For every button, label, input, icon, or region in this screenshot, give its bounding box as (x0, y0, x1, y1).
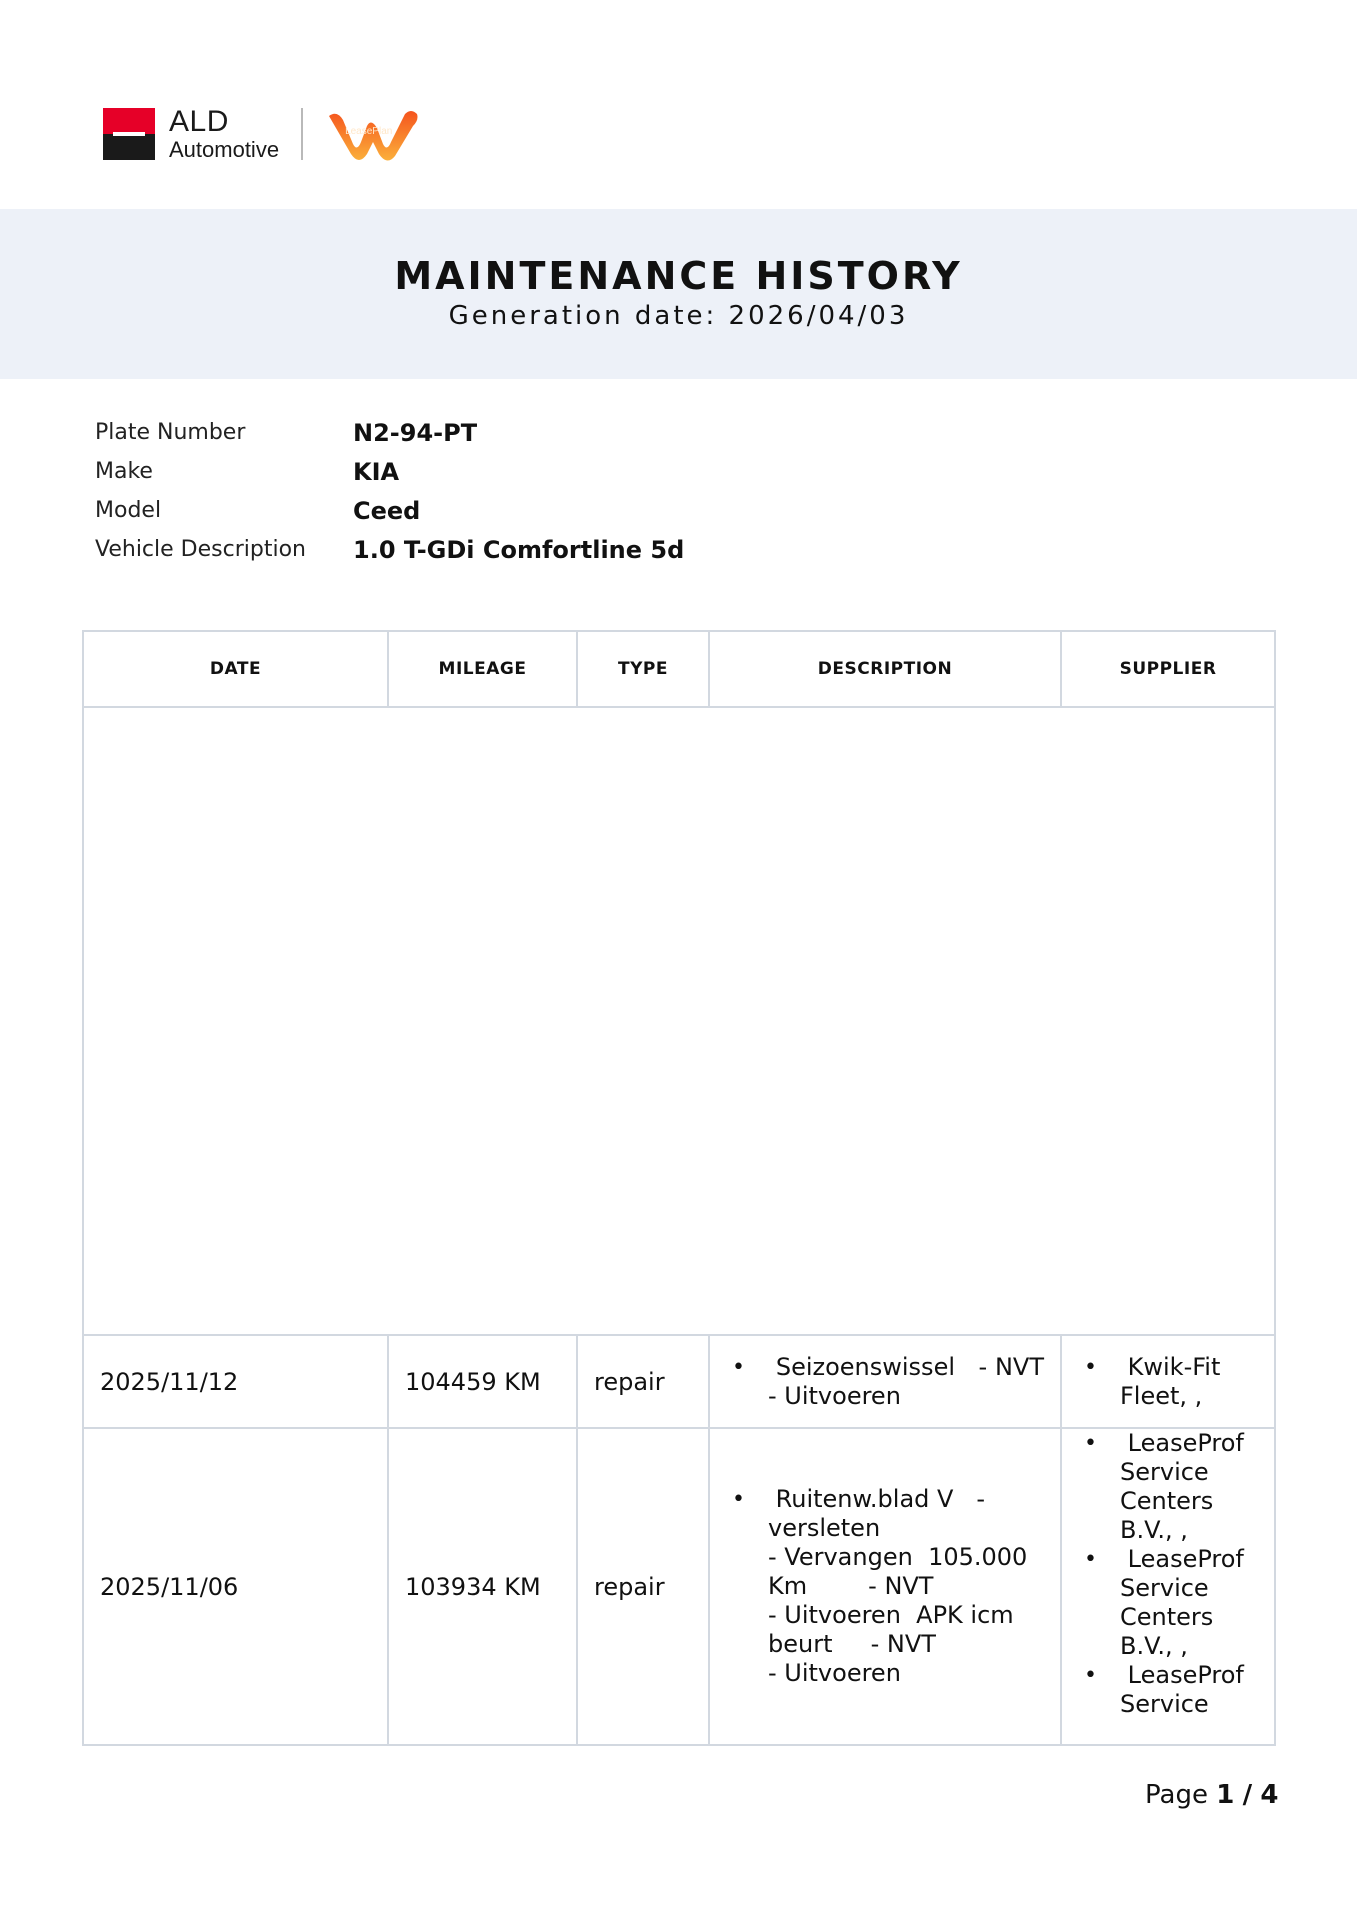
cell-supplier: LeaseProf Service Centers B.V., , LeaseP… (1061, 1428, 1275, 1745)
table-spacer-row (83, 707, 1275, 1335)
cell-mileage: 104459 KM (388, 1335, 577, 1428)
page-separator: / (1243, 1780, 1253, 1810)
cell-supplier: Kwik-Fit Fleet, , (1061, 1335, 1275, 1428)
supplier-clip: LeaseProf Service Centers B.V., , LeaseP… (1078, 1429, 1258, 1740)
info-value: Ceed (353, 497, 420, 525)
page-total: 4 (1260, 1780, 1278, 1810)
info-label: Plate Number (95, 420, 245, 445)
supplier-item: LeaseProf Service (1120, 1661, 1258, 1719)
info-label: Model (95, 498, 161, 523)
supplier-list: LeaseProf Service Centers B.V., , LeaseP… (1078, 1429, 1258, 1719)
info-value: 1.0 T-GDi Comfortline 5d (353, 536, 684, 564)
logo-divider (301, 108, 303, 160)
cell-date: 2025/11/12 (83, 1335, 388, 1428)
supplier-item: LeaseProf Service Centers B.V., , (1120, 1545, 1258, 1661)
description-list: Seizoenswissel - NVT - Uitvoeren (726, 1353, 1044, 1411)
ald-wordmark-line2: Automotive (169, 139, 279, 161)
column-header-mileage: MILEAGE (388, 631, 577, 707)
column-header-date: DATE (83, 631, 388, 707)
generation-date: Generation date: 2026/04/03 (0, 301, 1357, 331)
column-header-supplier: SUPPLIER (1061, 631, 1275, 707)
column-header-description: DESCRIPTION (709, 631, 1061, 707)
logo-area: ALD Automotive LeasePlan (103, 104, 423, 164)
info-value: KIA (353, 458, 399, 486)
supplier-item: LeaseProf Service Centers B.V., , (1120, 1429, 1258, 1545)
info-value: N2-94-PT (353, 419, 477, 447)
description-item: Seizoenswissel - NVT - Uitvoeren (768, 1353, 1044, 1411)
table-header-row: DATE MILEAGE TYPE DESCRIPTION SUPPLIER (83, 631, 1275, 707)
leaseplan-label: LeasePlan (345, 126, 392, 137)
column-header-type: TYPE (577, 631, 709, 707)
table-row: 2025/11/12 104459 KM repair Seizoenswiss… (83, 1335, 1275, 1428)
leaseplan-logo-icon: LeasePlan (323, 104, 423, 164)
page-number: Page 1 / 4 (1145, 1780, 1278, 1810)
page-prefix: Page (1145, 1780, 1208, 1810)
cell-description: Ruitenw.blad V - versleten - Vervangen 1… (709, 1428, 1061, 1745)
cell-type: repair (577, 1428, 709, 1745)
cell-type: repair (577, 1335, 709, 1428)
supplier-item: Kwik-Fit Fleet, , (1120, 1353, 1258, 1411)
page-current: 1 (1216, 1780, 1234, 1810)
cell-description: Seizoenswissel - NVT - Uitvoeren (709, 1335, 1061, 1428)
cell-date: 2025/11/06 (83, 1428, 388, 1745)
ald-wordmark: ALD Automotive (169, 107, 279, 161)
maintenance-table-wrap: DATE MILEAGE TYPE DESCRIPTION SUPPLIER 2… (82, 630, 1276, 1746)
cell-mileage: 103934 KM (388, 1428, 577, 1745)
table-row: 2025/11/06 103934 KM repair Ruitenw.blad… (83, 1428, 1275, 1745)
page-title: MAINTENANCE HISTORY (0, 254, 1357, 298)
ald-logo-icon (103, 108, 155, 160)
empty-cell (83, 707, 1275, 1335)
title-band: MAINTENANCE HISTORY Generation date: 202… (0, 209, 1357, 379)
maintenance-table: DATE MILEAGE TYPE DESCRIPTION SUPPLIER 2… (82, 630, 1276, 1746)
info-label: Vehicle Description (95, 537, 306, 562)
description-list: Ruitenw.blad V - versleten - Vervangen 1… (726, 1485, 1044, 1688)
ald-wordmark-line1: ALD (169, 107, 279, 137)
info-label: Make (95, 459, 153, 484)
description-item: Ruitenw.blad V - versleten - Vervangen 1… (768, 1485, 1044, 1688)
